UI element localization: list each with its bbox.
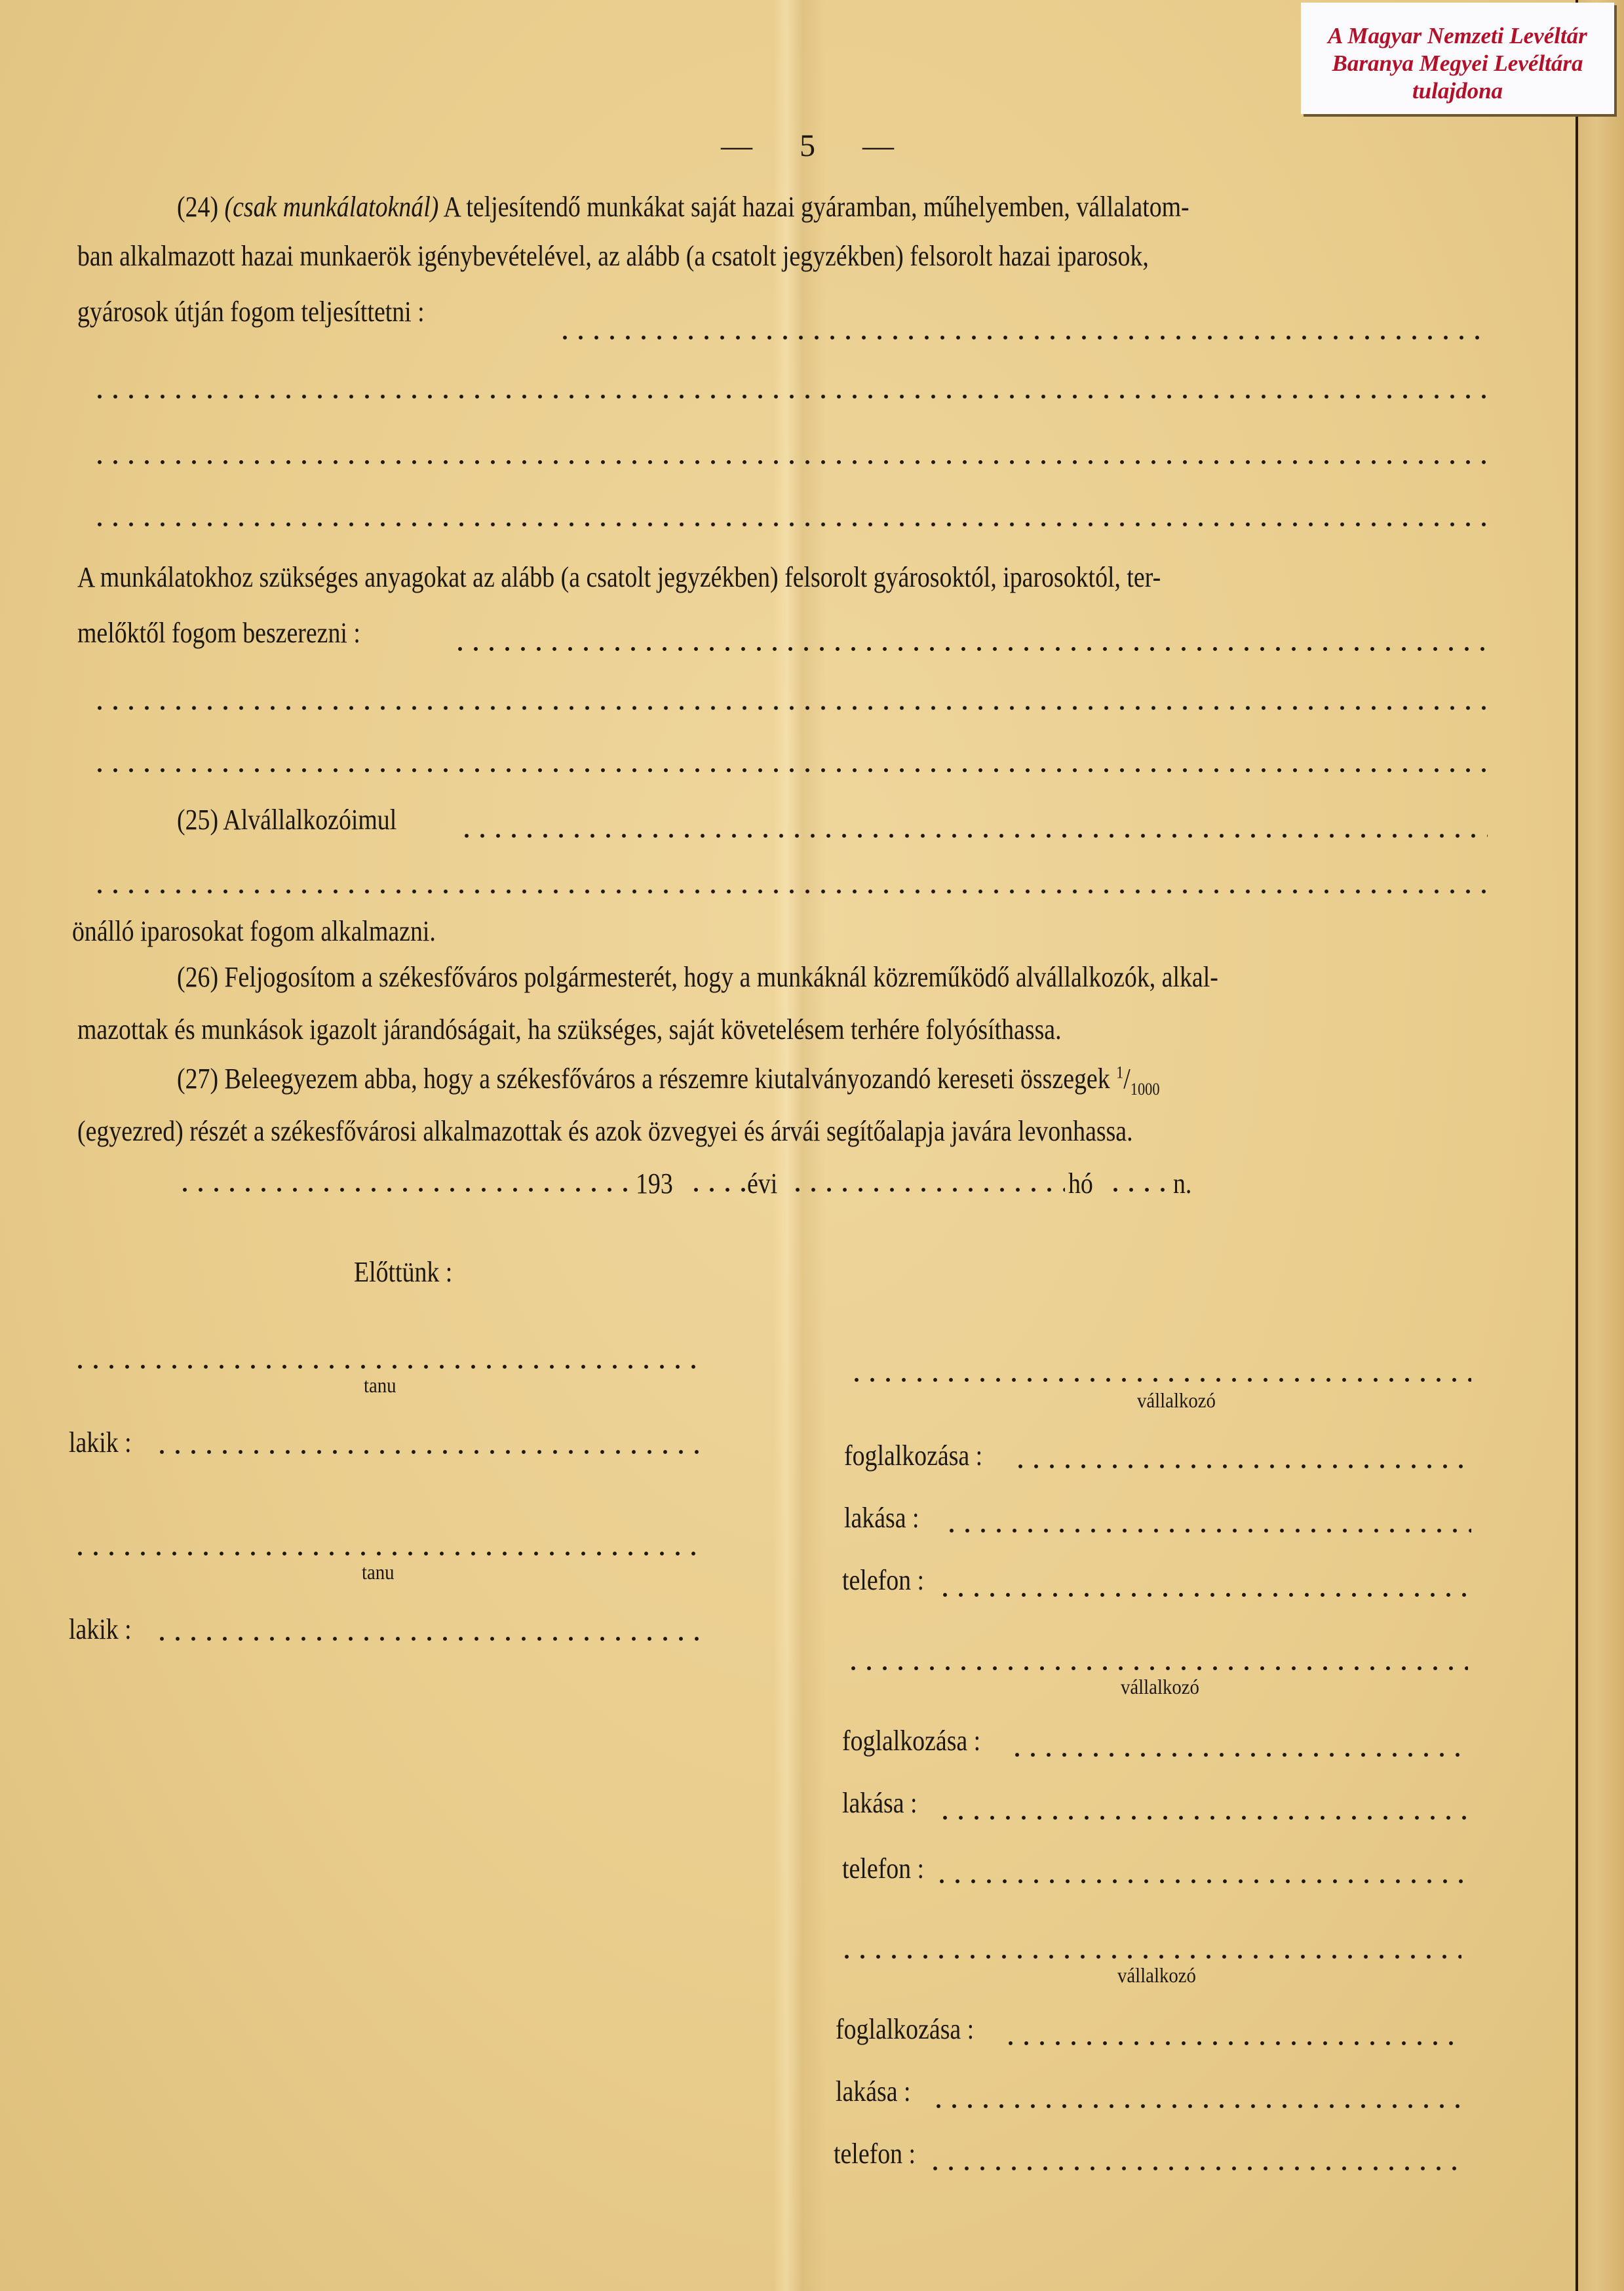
contractor-3-occupation-label: foglalkozása : <box>836 2012 974 2046</box>
witness-1-signature[interactable] <box>72 1363 701 1370</box>
page-number: — 5 — <box>721 128 914 164</box>
month-field[interactable] <box>790 1186 1065 1193</box>
day-field[interactable] <box>1108 1186 1173 1193</box>
witness-1-address-label: lakik : <box>69 1426 132 1459</box>
fill-field-24a[interactable] <box>557 334 1488 341</box>
contractor-3-phone-field[interactable] <box>927 2165 1461 2172</box>
section-24-line-3: gyárosok útján fogom teljesíttetni : <box>77 295 425 328</box>
witness-2-signature[interactable] <box>72 1550 701 1557</box>
section-27-text: (27) Beleegyezem abba, hogy a székesfővá… <box>177 1063 1110 1095</box>
section-24-text: A teljesítendő munkákat saját hazai gyár… <box>444 191 1189 223</box>
witness-1-role: tanu <box>364 1373 396 1398</box>
witness-2-role: tanu <box>362 1560 395 1584</box>
contractor-3-phone-label: telefon : <box>834 2137 916 2170</box>
contractor-2-residence-label: lakása : <box>842 1786 918 1820</box>
archive-stamp: A Magyar Nemzeti Levéltár Baranya Megyei… <box>1301 3 1614 114</box>
contractor-2-role: vállalkozó <box>1121 1675 1199 1699</box>
fill-field-24d[interactable] <box>92 521 1488 528</box>
day-label: n. <box>1173 1167 1191 1200</box>
place-field[interactable] <box>177 1186 629 1193</box>
contractor-1-role: vállalkozó <box>1137 1388 1216 1413</box>
fill-field-25b[interactable] <box>92 888 1488 895</box>
contractor-3-residence-field[interactable] <box>931 2103 1461 2109</box>
contractor-3-signature[interactable] <box>839 1953 1461 1960</box>
contractor-3-role: vállalkozó <box>1117 1963 1196 1987</box>
contractor-1-occupation-label: foglalkozása : <box>844 1439 982 1472</box>
section-27-line-1: (27) Beleegyezem abba, hogy a székesfővá… <box>177 1062 1160 1099</box>
contractor-1-residence-label: lakása : <box>844 1501 919 1535</box>
contractor-2-phone-field[interactable] <box>934 1878 1468 1885</box>
contractor-1-residence-field[interactable] <box>944 1527 1471 1534</box>
fill-field-24c[interactable] <box>92 459 1488 465</box>
contractor-3-occupation-field[interactable] <box>1003 2040 1461 2046</box>
contractor-2-signature[interactable] <box>845 1665 1468 1672</box>
fraction-numerator: 1 <box>1116 1063 1123 1082</box>
section-25-tail: önálló iparosokat fogom alkalmazni. <box>72 914 436 948</box>
witness-1-address-field[interactable] <box>154 1449 701 1455</box>
month-label: hó <box>1068 1167 1093 1200</box>
fill-field-materials-c[interactable] <box>92 767 1488 773</box>
materials-line-1: A munkálatokhoz szükséges anyagokat az a… <box>77 560 1161 594</box>
section-24-line-2: ban alkalmazott hazai munkaerök igénybev… <box>77 239 1149 273</box>
page-edge <box>1576 0 1624 2291</box>
year-field[interactable] <box>688 1186 747 1193</box>
section-number: (24) <box>177 191 218 223</box>
contractor-1-signature[interactable] <box>849 1377 1471 1383</box>
section-24-line-1: (24) (csak munkálatoknál) A teljesítendő… <box>177 190 1189 224</box>
fill-field-materials-a[interactable] <box>452 646 1488 652</box>
section-25-label: (25) Alvállalkozóimul <box>177 803 396 836</box>
stamp-line-2: Baranya Megyei Levéltára <box>1301 50 1614 77</box>
contractor-2-residence-field[interactable] <box>937 1814 1468 1821</box>
witnesses-heading: Előttünk : <box>354 1255 452 1289</box>
materials-line-2: melőktől fogom beszerezni : <box>77 616 360 650</box>
section-26-line-2: mazottak és munkások igazolt járandósága… <box>77 1013 1062 1046</box>
witness-2-address-field[interactable] <box>154 1635 701 1642</box>
contractor-2-occupation-field[interactable] <box>1009 1752 1468 1758</box>
contractor-2-occupation-label: foglalkozása : <box>842 1724 980 1757</box>
contractor-1-phone-label: telefon : <box>842 1563 924 1597</box>
section-24-qualifier: (csak munkálatoknál) <box>225 191 439 223</box>
section-27-line-2: (egyezred) részét a székesfővárosi alkal… <box>77 1114 1133 1148</box>
contractor-3-residence-label: lakása : <box>836 2075 911 2108</box>
contractor-2-phone-label: telefon : <box>842 1852 924 1885</box>
contractor-1-occupation-field[interactable] <box>1013 1463 1471 1470</box>
stamp-line-3: tulajdona <box>1301 77 1614 105</box>
fill-field-materials-b[interactable] <box>92 705 1488 711</box>
year-suffix: évi <box>747 1167 777 1200</box>
witness-2-address-label: lakik : <box>69 1613 132 1646</box>
stamp-line-1: A Magyar Nemzeti Levéltár <box>1301 22 1614 50</box>
fill-field-24b[interactable] <box>92 393 1488 400</box>
fill-field-25a[interactable] <box>459 832 1488 839</box>
section-26-line-1: (26) Feljogosítom a székesfőváros polgár… <box>177 960 1218 994</box>
fraction-denominator: 1000 <box>1131 1080 1160 1099</box>
year-prefix: 193 <box>636 1167 673 1200</box>
contractor-1-phone-field[interactable] <box>937 1592 1471 1598</box>
